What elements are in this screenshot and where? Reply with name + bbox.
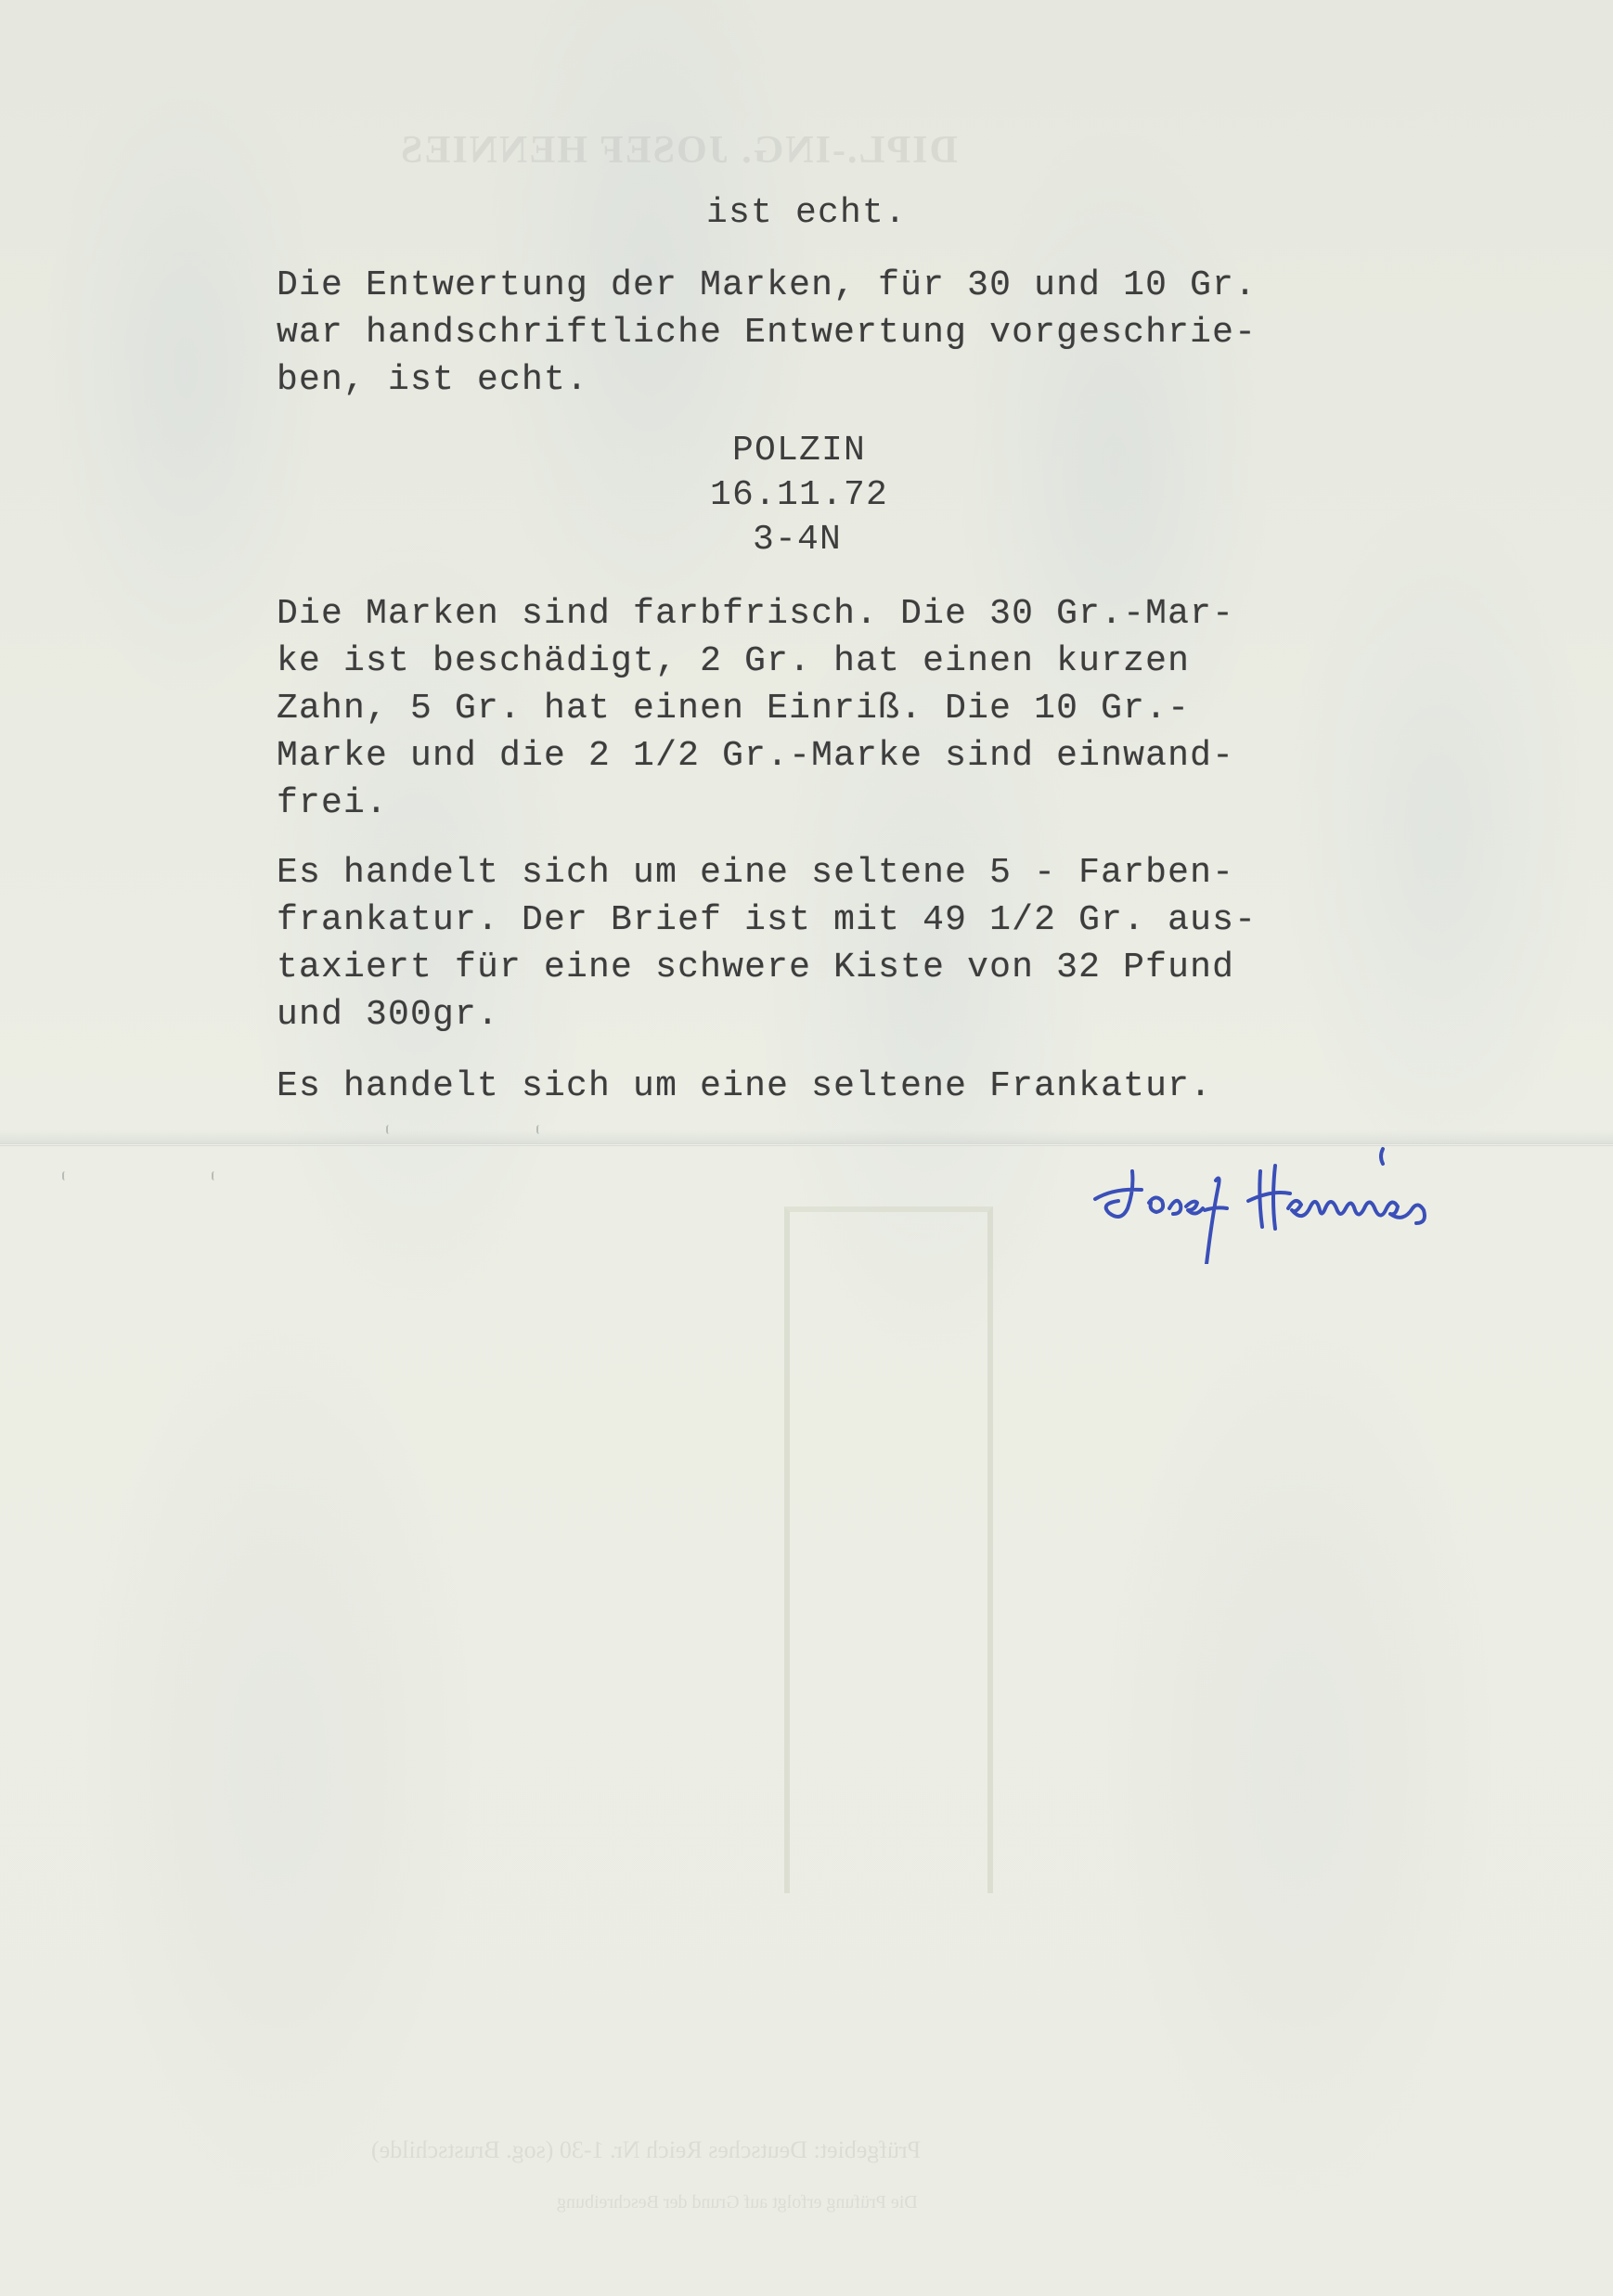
opening-line: ist echt. bbox=[0, 191, 1613, 236]
text-line: frankatur. Der Brief ist mit 49 1/2 Gr. … bbox=[277, 896, 1257, 944]
text-line: Die Marken sind farbfrisch. Die 30 Gr.-M… bbox=[277, 590, 1234, 638]
postmark-time: 3-4N bbox=[0, 518, 1604, 562]
show-through-footer-line-1: Prüfgebiet: Deutsches Reich Nr. 1-30 (so… bbox=[371, 2136, 921, 2164]
typewriter-mark bbox=[62, 1171, 68, 1180]
text-line: taxiert für eine schwere Kiste von 32 Pf… bbox=[277, 944, 1234, 991]
show-through-letterhead: DIPL.-ING. JOSEF HENNIES bbox=[399, 128, 958, 173]
text-line: und 300gr. bbox=[277, 991, 499, 1038]
text-line: ke ist beschädigt, 2 Gr. hat einen kurze… bbox=[277, 638, 1190, 685]
text-line: Die Entwertung der Marken, für 30 und 10… bbox=[277, 262, 1257, 309]
postmark-place: POLZIN bbox=[0, 429, 1606, 473]
text-line: ben, ist echt. bbox=[277, 356, 588, 404]
text-line: frei. bbox=[277, 780, 388, 827]
text-line: war handschriftliche Entwertung vorgesch… bbox=[277, 309, 1257, 356]
typewriter-mark bbox=[536, 1125, 542, 1134]
adhesive-stain-outline bbox=[784, 1206, 993, 1893]
postmark-date: 16.11.72 bbox=[0, 473, 1606, 518]
signature-josef-hennies bbox=[1077, 1134, 1541, 1264]
signature-text: Josef Hennies bbox=[1095, 1151, 1102, 1152]
show-through-footer-line-2: Die Prüfung erfolgt auf Grund der Beschr… bbox=[557, 2192, 918, 2213]
text-line: Marke und die 2 1/2 Gr.-Marke sind einwa… bbox=[277, 732, 1234, 780]
typewriter-mark bbox=[386, 1125, 392, 1134]
text-line: Zahn, 5 Gr. hat einen Einriß. Die 10 Gr.… bbox=[277, 685, 1190, 732]
typewriter-mark bbox=[212, 1171, 217, 1180]
closing-line: Es handelt sich um eine seltene Frankatu… bbox=[277, 1063, 1212, 1110]
text-line: Es handelt sich um eine seltene 5 - Farb… bbox=[277, 849, 1234, 896]
